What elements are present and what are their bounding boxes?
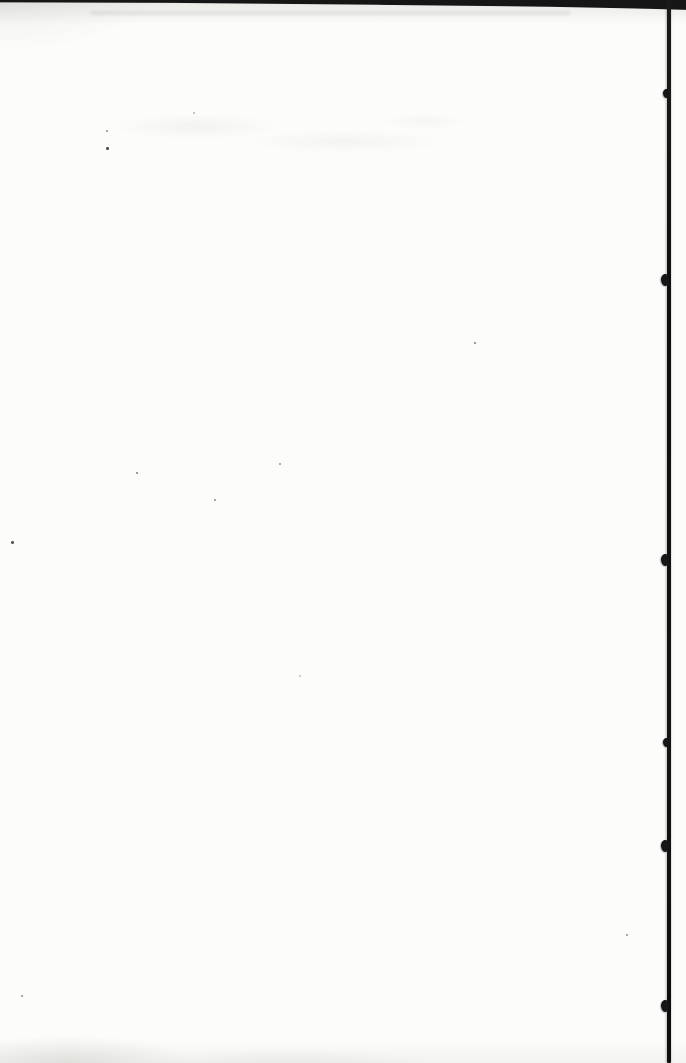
scan-speck: [299, 675, 301, 677]
scan-speck: [106, 130, 108, 132]
faint-smudge: [90, 11, 570, 15]
scan-speck: [214, 499, 217, 502]
scan-speck: [106, 147, 109, 150]
ghost-bleedthrough-marks: [85, 95, 485, 170]
bottom-scan-wash: [0, 1003, 686, 1063]
scan-speck: [21, 995, 23, 997]
binding-edge-line: [667, 0, 671, 1063]
scan-page: [0, 0, 686, 1063]
scan-speck: [11, 541, 14, 544]
scan-speck: [626, 934, 628, 936]
scan-speck: [474, 342, 477, 345]
scan-speck: [193, 112, 195, 114]
scan-speck: [279, 463, 281, 465]
scan-speck: [136, 472, 139, 475]
